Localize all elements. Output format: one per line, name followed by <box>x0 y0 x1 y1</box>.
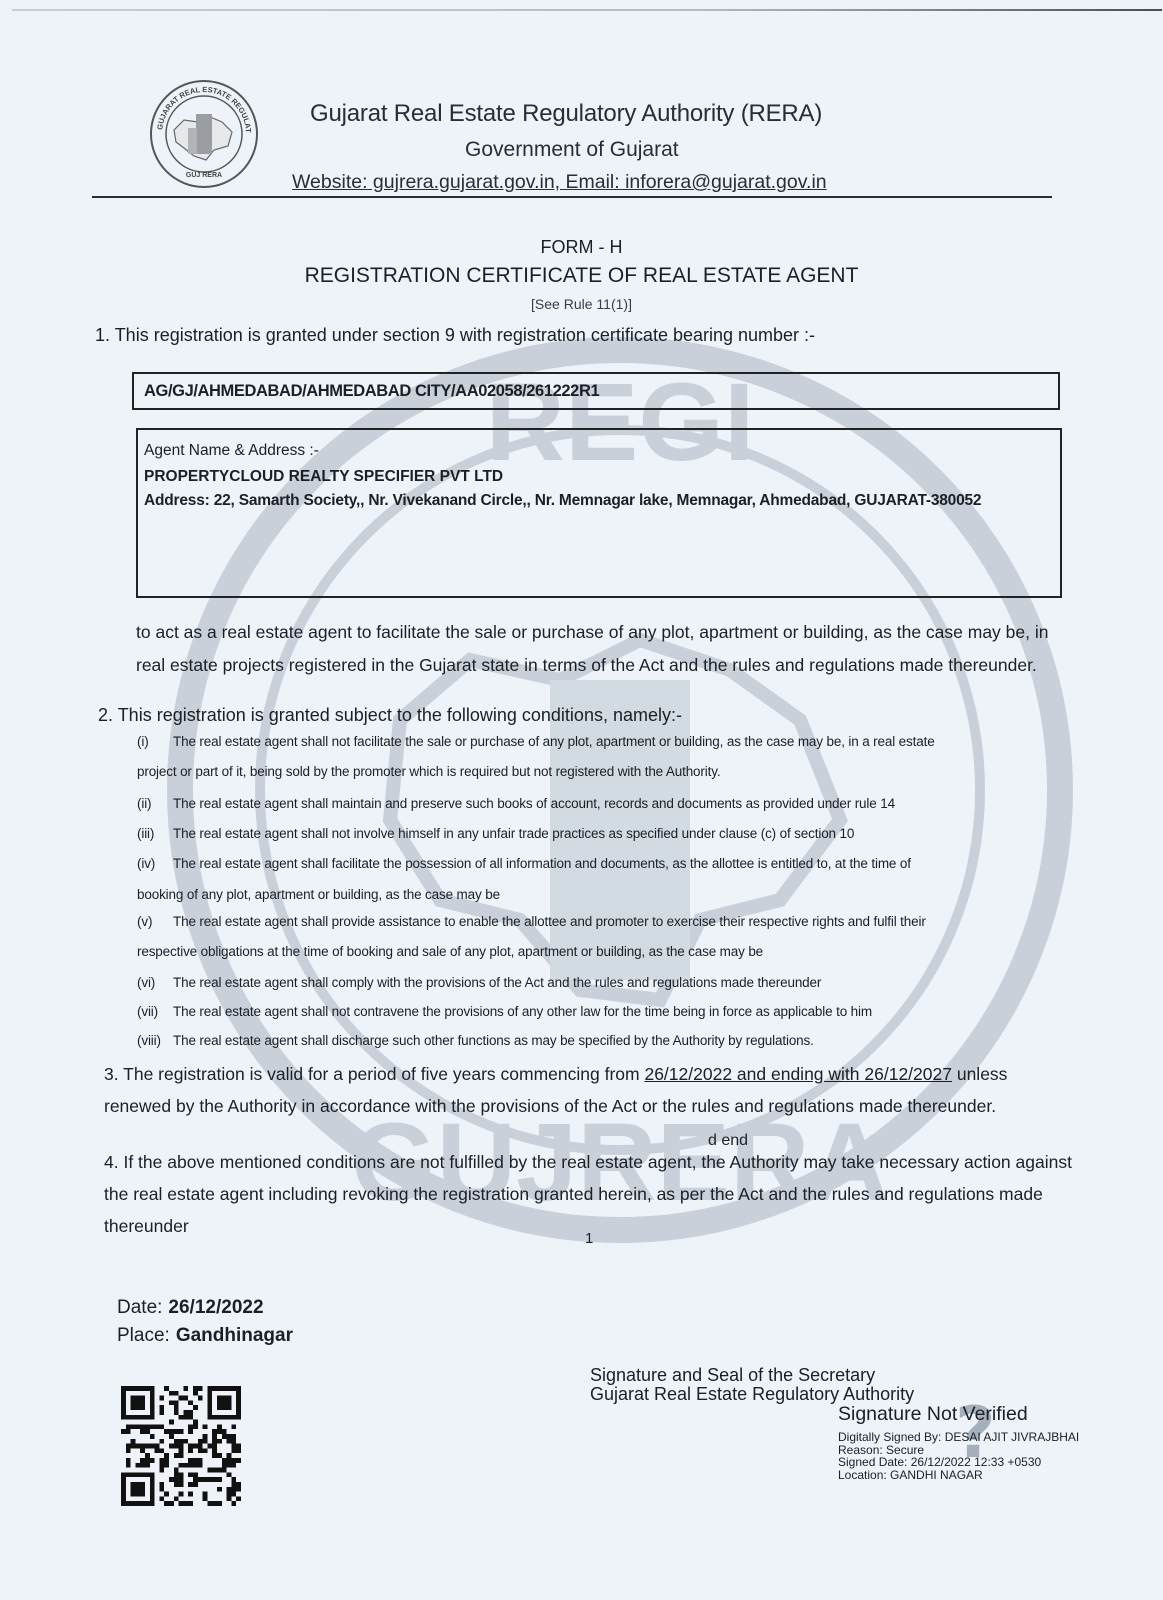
condition-continuation: project or part of it, being sold by the… <box>137 764 720 779</box>
agent-address: Address: 22, Samarth Society,, Nr. Vivek… <box>144 492 1024 510</box>
contact-line[interactable]: Website: gujrera.gujarat.gov.in, Email: … <box>292 171 827 194</box>
condition-item: (i)The real estate agent shall not facil… <box>137 734 935 749</box>
issue-place: Place:Gandhinagar <box>117 1325 293 1347</box>
signed-by: Digitally Signed By: DESAI AJIT JIVRAJBH… <box>838 1431 1079 1444</box>
registration-number: AG/GJ/AHMEDABAD/AHMEDABAD CITY/AA02058/2… <box>144 382 599 401</box>
condition-item: (vi)The real estate agent shall comply w… <box>137 975 821 990</box>
clause-3: 3. The registration is valid for a perio… <box>104 1058 1079 1122</box>
clause-4: 4. If the above mentioned conditions are… <box>104 1146 1079 1242</box>
condition-item: (vii)The real estate agent shall not con… <box>137 1004 872 1019</box>
purpose-paragraph: to act as a real estate agent to facilit… <box>136 616 1071 682</box>
page-number: 1 <box>585 1230 593 1247</box>
rera-logo-icon: GUJARAT REAL ESTATE REGULATORY GUJ RERA <box>148 78 260 190</box>
condition-item: (ii)The real estate agent shall maintain… <box>137 796 895 811</box>
agent-details-box: Agent Name & Address :- PROPERTYCLOUD RE… <box>136 428 1062 598</box>
clause-1: 1. This registration is granted under se… <box>95 325 815 346</box>
condition-item: (viii)The real estate agent shall discha… <box>137 1033 814 1048</box>
condition-continuation: respective obligations at the time of bo… <box>137 944 763 959</box>
signature-authority: Gujarat Real Estate Regulatory Authority <box>590 1385 914 1404</box>
condition-item: (iii)The real estate agent shall not inv… <box>137 826 854 841</box>
authority-title: Gujarat Real Estate Regulatory Authority… <box>310 100 822 128</box>
agent-name: PROPERTYCLOUD REALTY SPECIFIER PVT LTD <box>144 468 503 486</box>
signature-location: Location: GANDHI NAGAR <box>838 1469 1079 1482</box>
certificate-title: REGISTRATION CERTIFICATE OF REAL ESTATE … <box>0 264 1163 288</box>
signature-status[interactable]: Signature Not Verified <box>838 1403 1028 1426</box>
valid-until-date: 26/12/2027 <box>864 1064 952 1084</box>
signature-block: Signature and Seal of the Secretary Guja… <box>590 1366 914 1404</box>
signed-date: Signed Date: 26/12/2022 12:33 +0530 <box>838 1456 1079 1469</box>
scan-top-edge <box>12 9 1162 11</box>
condition-item: (v)The real estate agent shall provide a… <box>137 914 926 929</box>
qr-code-icon[interactable] <box>120 1386 242 1506</box>
svg-text:GUJ RERA: GUJ RERA <box>186 172 222 179</box>
header-divider <box>92 196 1052 198</box>
digital-signature-details: Digitally Signed By: DESAI AJIT JIVRAJBH… <box>838 1431 1079 1481</box>
agent-label: Agent Name & Address :- <box>144 442 319 460</box>
valid-from-date: 26/12/2022 <box>644 1064 732 1084</box>
signature-title: Signature and Seal of the Secretary <box>590 1366 914 1385</box>
rule-reference: [See Rule 11(1)] <box>0 296 1163 312</box>
clause-2: 2. This registration is granted subject … <box>98 705 682 726</box>
condition-item: (iv)The real estate agent shall facilita… <box>137 856 911 871</box>
registration-number-box: AG/GJ/AHMEDABAD/AHMEDABAD CITY/AA02058/2… <box>132 372 1060 410</box>
government-subtitle: Government of Gujarat <box>465 138 679 162</box>
issue-date: Date:26/12/2022 <box>117 1297 264 1319</box>
condition-continuation: booking of any plot, apartment or buildi… <box>137 887 500 902</box>
form-name: FORM - H <box>0 237 1163 258</box>
